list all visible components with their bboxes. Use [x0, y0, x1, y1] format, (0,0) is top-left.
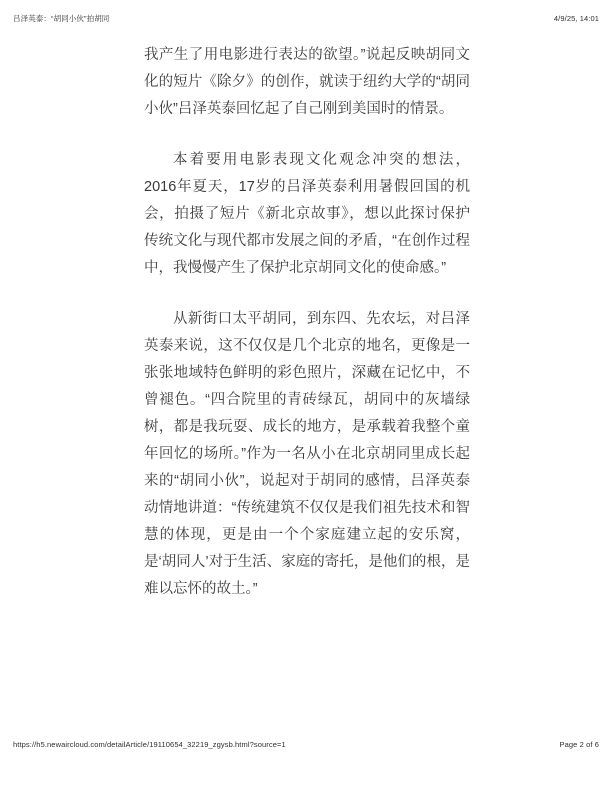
page-number: Page 2 of 6 — [560, 740, 599, 749]
article-paragraph: 从新街口太平胡同，到东四、先农坛，对吕泽英泰来说，这不仅仅是几个北京的地名，更像… — [144, 306, 470, 603]
article-body: 我产生了用电影进行表达的欲望。”说起反映胡同文化的短片《除夕》的创作，就读于纽约… — [144, 42, 470, 603]
print-datetime: 4/9/25, 14:01 — [554, 14, 599, 23]
article-paragraph: 我产生了用电影进行表达的欲望。”说起反映胡同文化的短片《除夕》的创作，就读于纽约… — [144, 42, 470, 123]
printed-page: 吕泽英泰：“胡同小伙”拍胡同 4/9/25, 14:01 我产生了用电影进行表达… — [0, 0, 612, 792]
article-paragraph: 本着要用电影表现文化观念冲突的想法， 2016年夏天，17岁的吕泽英泰利用暑假回… — [144, 147, 470, 282]
document-title: 吕泽英泰：“胡同小伙”拍胡同 — [13, 13, 109, 24]
source-url: https://h5.newaircloud.com/detailArticle… — [13, 740, 286, 749]
print-footer: https://h5.newaircloud.com/detailArticle… — [13, 740, 599, 749]
print-header: 吕泽英泰：“胡同小伙”拍胡同 4/9/25, 14:01 — [13, 13, 599, 24]
